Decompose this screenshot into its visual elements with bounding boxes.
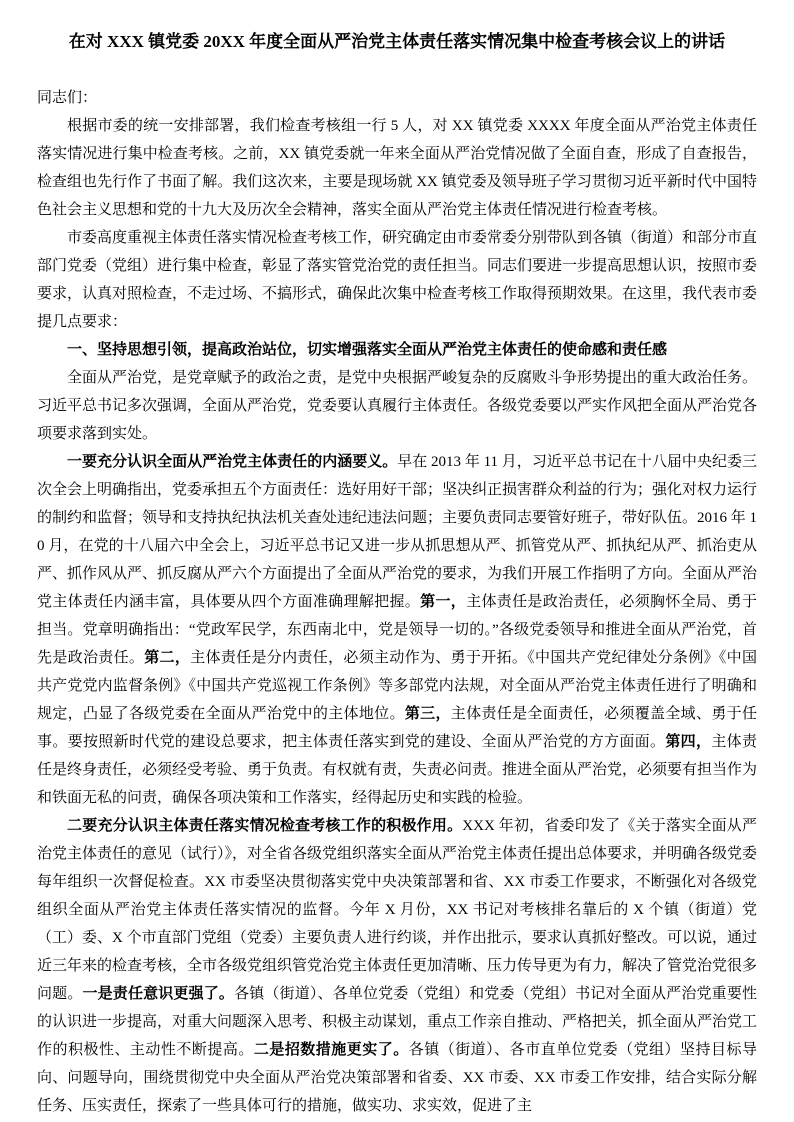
- bold-marker-third: 第三，: [405, 706, 451, 722]
- document-title: 在对 XXX 镇党委 20XX 年度全面从严治党主体责任落实情况集中检查考核会议…: [37, 28, 757, 56]
- section-heading-text: 一、坚持思想引领，提高政治站位，切实增强落实全面从严治党主体责任的使命感和责任感: [67, 342, 667, 358]
- bold-lead-text: 二要充分认识主体责任落实情况检查考核工作的积极作用。: [67, 818, 462, 834]
- bold-point-one: 一是责任意识更强了。: [82, 986, 234, 1002]
- paragraph-section-one-intro: 全面从严治党，是党章赋予的政治之责，是党中央根据严峻复杂的反腐败斗争形势提出的重…: [37, 364, 757, 448]
- bold-marker-first: 第一，: [420, 594, 466, 610]
- section-one-heading: 一、坚持思想引领，提高政治站位，切实增强落实全面从严治党主体责任的使命感和责任感: [37, 336, 757, 364]
- paragraph-inspection-role: 二要充分认识主体责任落实情况检查考核工作的积极作用。XXX 年初，省委印发了《关…: [37, 812, 757, 1120]
- paragraph-overview: 市委高度重视主体责任落实情况检查考核工作，研究确定由市委常委分别带队到各镇（街道…: [37, 224, 757, 336]
- paragraph-text: XXX 年初，省委印发了《关于落实全面从严治党主体责任的意见（试行）》，对全省各…: [37, 818, 757, 1002]
- bold-lead-text: 一要充分认识全面从严治党主体责任的内涵要义。: [67, 454, 397, 470]
- document-page: 在对 XXX 镇党委 20XX 年度全面从严治党主体责任落实情况集中检查考核会议…: [0, 0, 794, 1122]
- paragraph-text: 早在 2013 年 11 月，习近平总书记在十八届中央纪委三次全会上明确指出，党…: [37, 454, 757, 610]
- bold-point-two: 二是招数措施更实了。: [254, 1042, 409, 1058]
- paragraph-connotation: 一要充分认识全面从严治党主体责任的内涵要义。早在 2013 年 11 月，习近平…: [37, 448, 757, 812]
- salutation: 同志们：: [37, 84, 757, 112]
- paragraph-text: 根据市委的统一安排部署，我们检查考核组一行 5 人，对 XX 镇党委 XXXX …: [37, 118, 757, 218]
- paragraph-text: 市委高度重视主体责任落实情况检查考核工作，研究确定由市委常委分别带队到各镇（街道…: [37, 230, 757, 330]
- bold-marker-second: 第二，: [144, 650, 190, 666]
- paragraph-opening: 根据市委的统一安排部署，我们检查考核组一行 5 人，对 XX 镇党委 XXXX …: [37, 112, 757, 224]
- paragraph-text: 全面从严治党，是党章赋予的政治之责，是党中央根据严峻复杂的反腐败斗争形势提出的重…: [37, 370, 757, 442]
- bold-marker-fourth: 第四，: [665, 734, 711, 750]
